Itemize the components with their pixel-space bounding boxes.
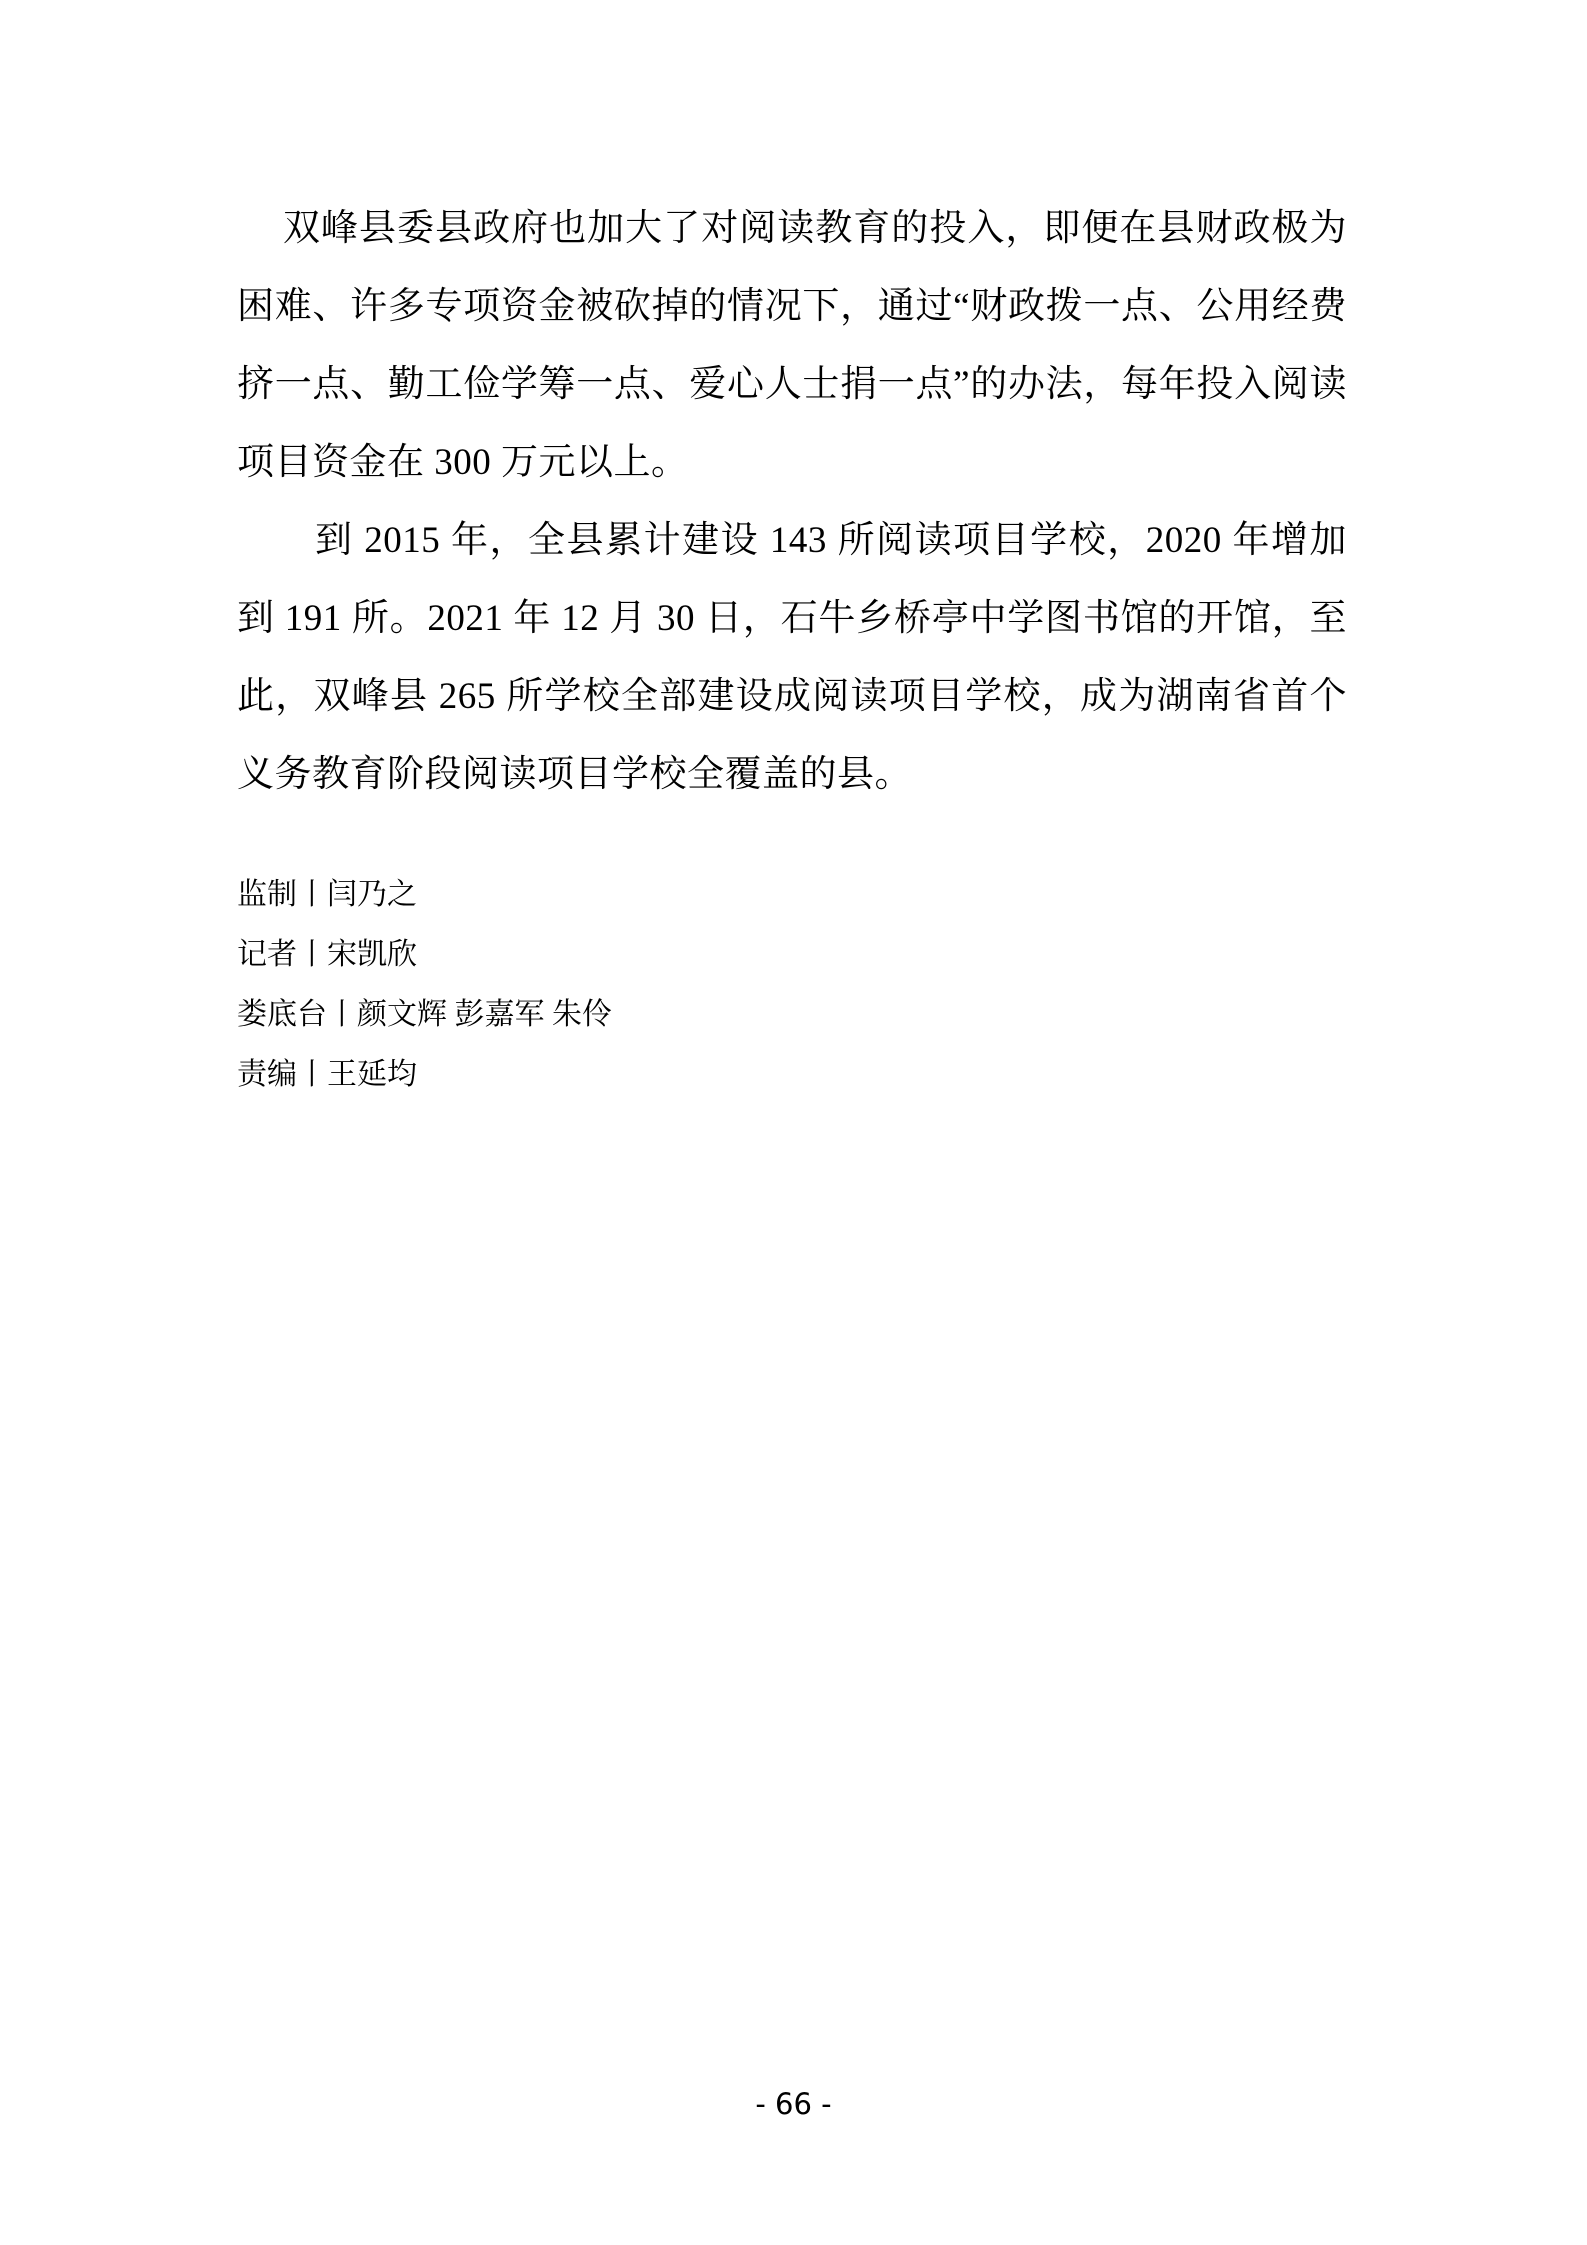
article-body: 双峰县委县政府也加大了对阅读教育的投入，即便在县财政极为困难、许多专项资金被砍掉… xyxy=(237,190,1347,814)
credit-line-reporter: 记者丨宋凯欣 xyxy=(237,925,1347,985)
page-number: - 66 - xyxy=(755,2087,831,2121)
credit-separator: 丨 xyxy=(327,998,357,1031)
page-footer: - 66 - xyxy=(0,2086,1587,2122)
credit-names: 王延均 xyxy=(327,1058,417,1091)
credit-names: 颜文辉 彭嘉军 朱伶 xyxy=(357,998,612,1031)
credit-line-loudi-station: 娄底台丨颜文辉 彭嘉军 朱伶 xyxy=(237,985,1347,1045)
credits-block: 监制丨闫乃之 记者丨宋凯欣 娄底台丨颜文辉 彭嘉军 朱伶 责编丨王延均 xyxy=(237,865,1347,1105)
credit-role: 监制 xyxy=(237,878,297,911)
credit-line-editor: 责编丨王延均 xyxy=(237,1045,1347,1105)
credit-role: 记者 xyxy=(237,938,297,971)
credit-separator: 丨 xyxy=(297,1058,327,1091)
credit-names: 闫乃之 xyxy=(327,878,417,911)
document-page: 双峰县委县政府也加大了对阅读教育的投入，即便在县财政极为困难、许多专项资金被砍掉… xyxy=(0,0,1587,2245)
credit-separator: 丨 xyxy=(297,878,327,911)
body-paragraph-2: 到 2015 年，全县累计建设 143 所阅读项目学校，2020 年增加到 19… xyxy=(237,502,1347,814)
credit-separator: 丨 xyxy=(297,938,327,971)
credit-role: 责编 xyxy=(237,1058,297,1091)
credit-role: 娄底台 xyxy=(237,998,327,1031)
body-paragraph-1: 双峰县委县政府也加大了对阅读教育的投入，即便在县财政极为困难、许多专项资金被砍掉… xyxy=(237,190,1347,502)
credit-names: 宋凯欣 xyxy=(327,938,417,971)
credit-line-supervisor: 监制丨闫乃之 xyxy=(237,865,1347,925)
